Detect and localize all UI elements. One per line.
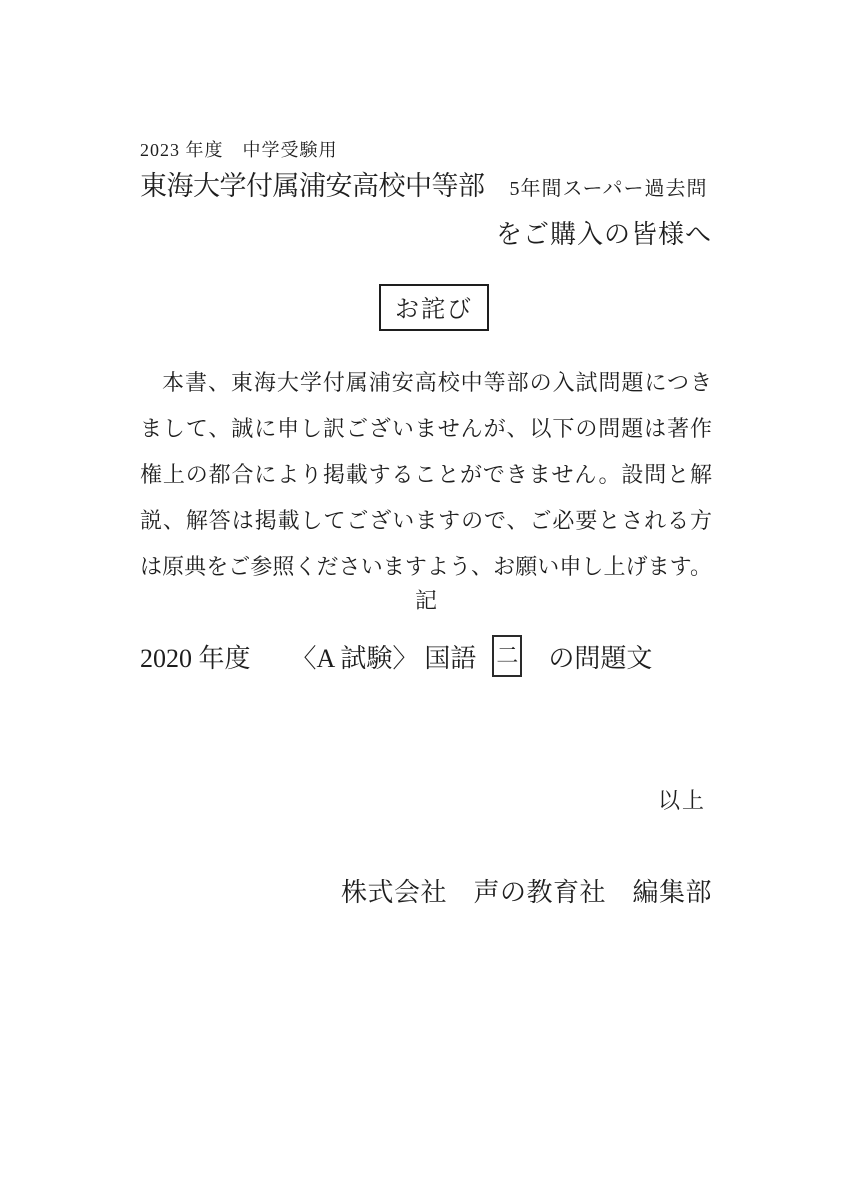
question-number: 二 <box>496 645 518 667</box>
book-title-row: 東海大学付属浦安高校中等部 5年間スーパー過去問 <box>140 164 712 203</box>
omitted-item-year: 2020 年度 <box>140 638 251 675</box>
body-line: 本書、東海大学付属浦安高校中等部の入試問題につき <box>140 360 712 406</box>
body-line: は原典をご参照くださいますよう、お願い申し上げます。 <box>140 544 712 590</box>
body-line: 説、解答は掲載してございますので、ご必要とされる方 <box>140 498 712 544</box>
publisher-signature: 株式会社 声の教育社 編集部 <box>140 872 712 909</box>
purchase-salutation: をご購入の皆様へ <box>140 214 712 251</box>
omitted-item-suffix: の問題文 <box>548 638 652 675</box>
omitted-item-subject: 国語 <box>424 638 476 675</box>
omitted-item-exam-type: 〈A 試験〉 <box>291 638 419 675</box>
omitted-item-line: 2020 年度 〈A 試験〉 国語 二 の問題文 <box>140 634 712 678</box>
body-line: 権上の都合により掲載することができません。設問と解 <box>140 452 712 498</box>
apology-box: お詫び <box>379 284 489 331</box>
record-mark: 記 <box>140 586 712 616</box>
school-title: 東海大学付属浦安高校中等部 <box>140 164 485 203</box>
closing-mark: 以上 <box>140 784 712 815</box>
notice-body: 本書、東海大学付属浦安高校中等部の入試問題につき まして、誠に申し訳ございません… <box>140 360 712 590</box>
series-subtitle: 5年間スーパー過去問 <box>510 172 708 201</box>
question-number-box: 二 <box>492 635 522 677</box>
apology-notice-page: 2023 年度 中学受験用 東海大学付属浦安高校中等部 5年間スーパー過去問 を… <box>0 0 850 1200</box>
apology-box-row: お詫び <box>140 284 712 331</box>
page-content: 2023 年度 中学受験用 東海大学付属浦安高校中等部 5年間スーパー過去問 を… <box>140 0 712 1200</box>
body-line: まして、誠に申し訳ございませんが、以下の問題は著作 <box>140 406 712 452</box>
edition-line: 2023 年度 中学受験用 <box>140 136 338 162</box>
